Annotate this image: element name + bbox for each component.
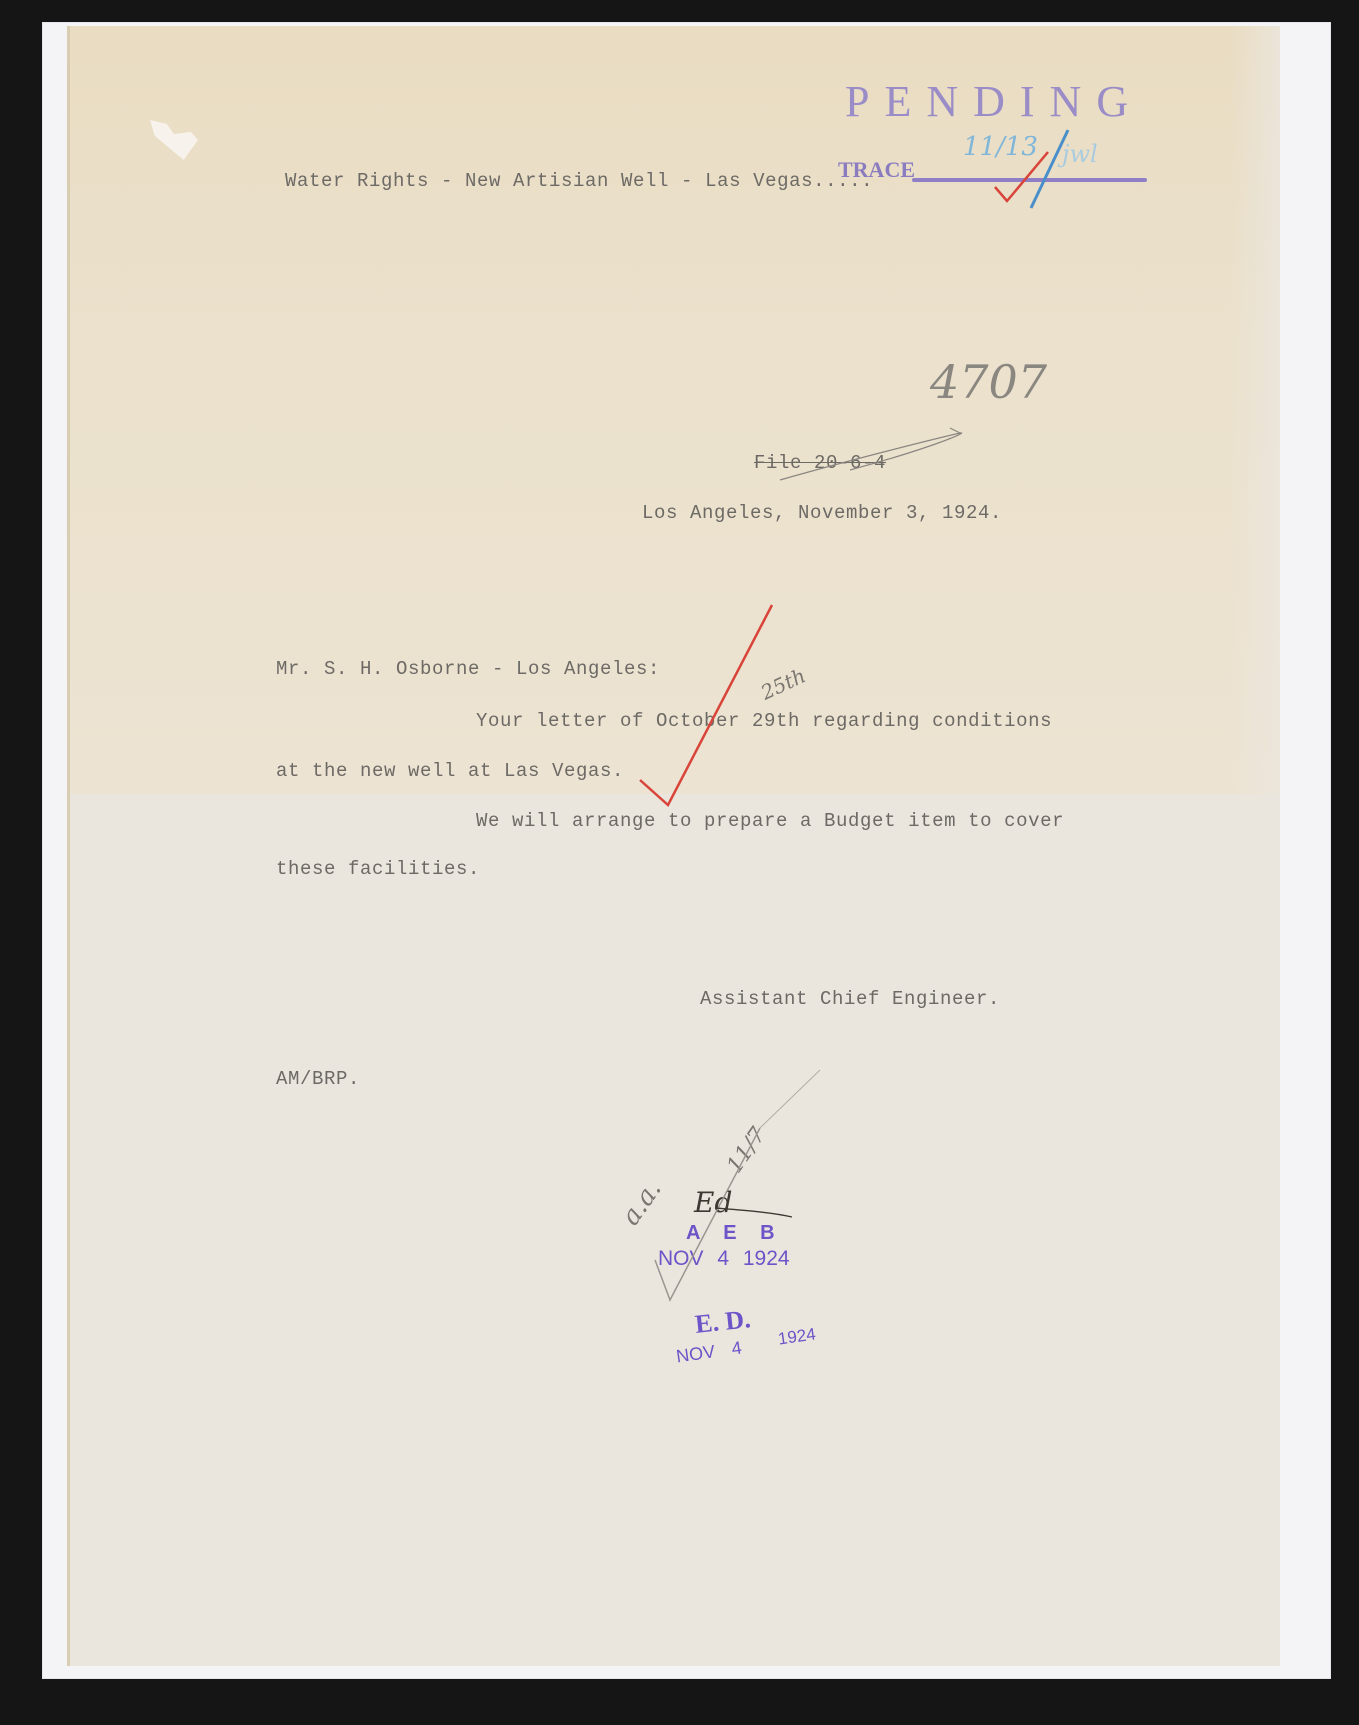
paragraph-2-line-1: We will arrange to prepare a Budget item… [476,810,1064,832]
salutation: Mr. S. H. Osborne - Los Angeles: [276,658,660,680]
aged-paper-band [70,26,1280,794]
reference-initials: AM/BRP. [276,1068,360,1090]
file-reference-struck: File 20-6-4 [754,452,886,474]
subject-line: Water Rights - New Artisian Well - Las V… [285,170,873,192]
aeb-stamp-label: A E B [686,1222,784,1245]
ed-stamp-label: E. D. [694,1304,752,1340]
paragraph-1-line-1: Your letter of October 29th regarding co… [476,710,1052,732]
trace-initials: jwl [1062,140,1098,168]
dateline: Los Angeles, November 3, 1924. [642,502,1002,524]
letter-page [67,26,1280,1666]
handwritten-file-number: 4707 [930,355,1047,409]
signature-title: Assistant Chief Engineer. [700,988,1000,1010]
handwritten-signature: Ed [694,1186,732,1219]
aeb-stamp-date: NOV 4 1924 [658,1247,790,1271]
trace-stamp-underline [912,178,1147,182]
paragraph-2-line-2: these facilities. [276,858,480,880]
pending-stamp: PENDING [845,76,1143,127]
trace-handwritten-date: 11/13 [963,132,1038,162]
paragraph-1-line-2: at the new well at Las Vegas. [276,760,624,782]
